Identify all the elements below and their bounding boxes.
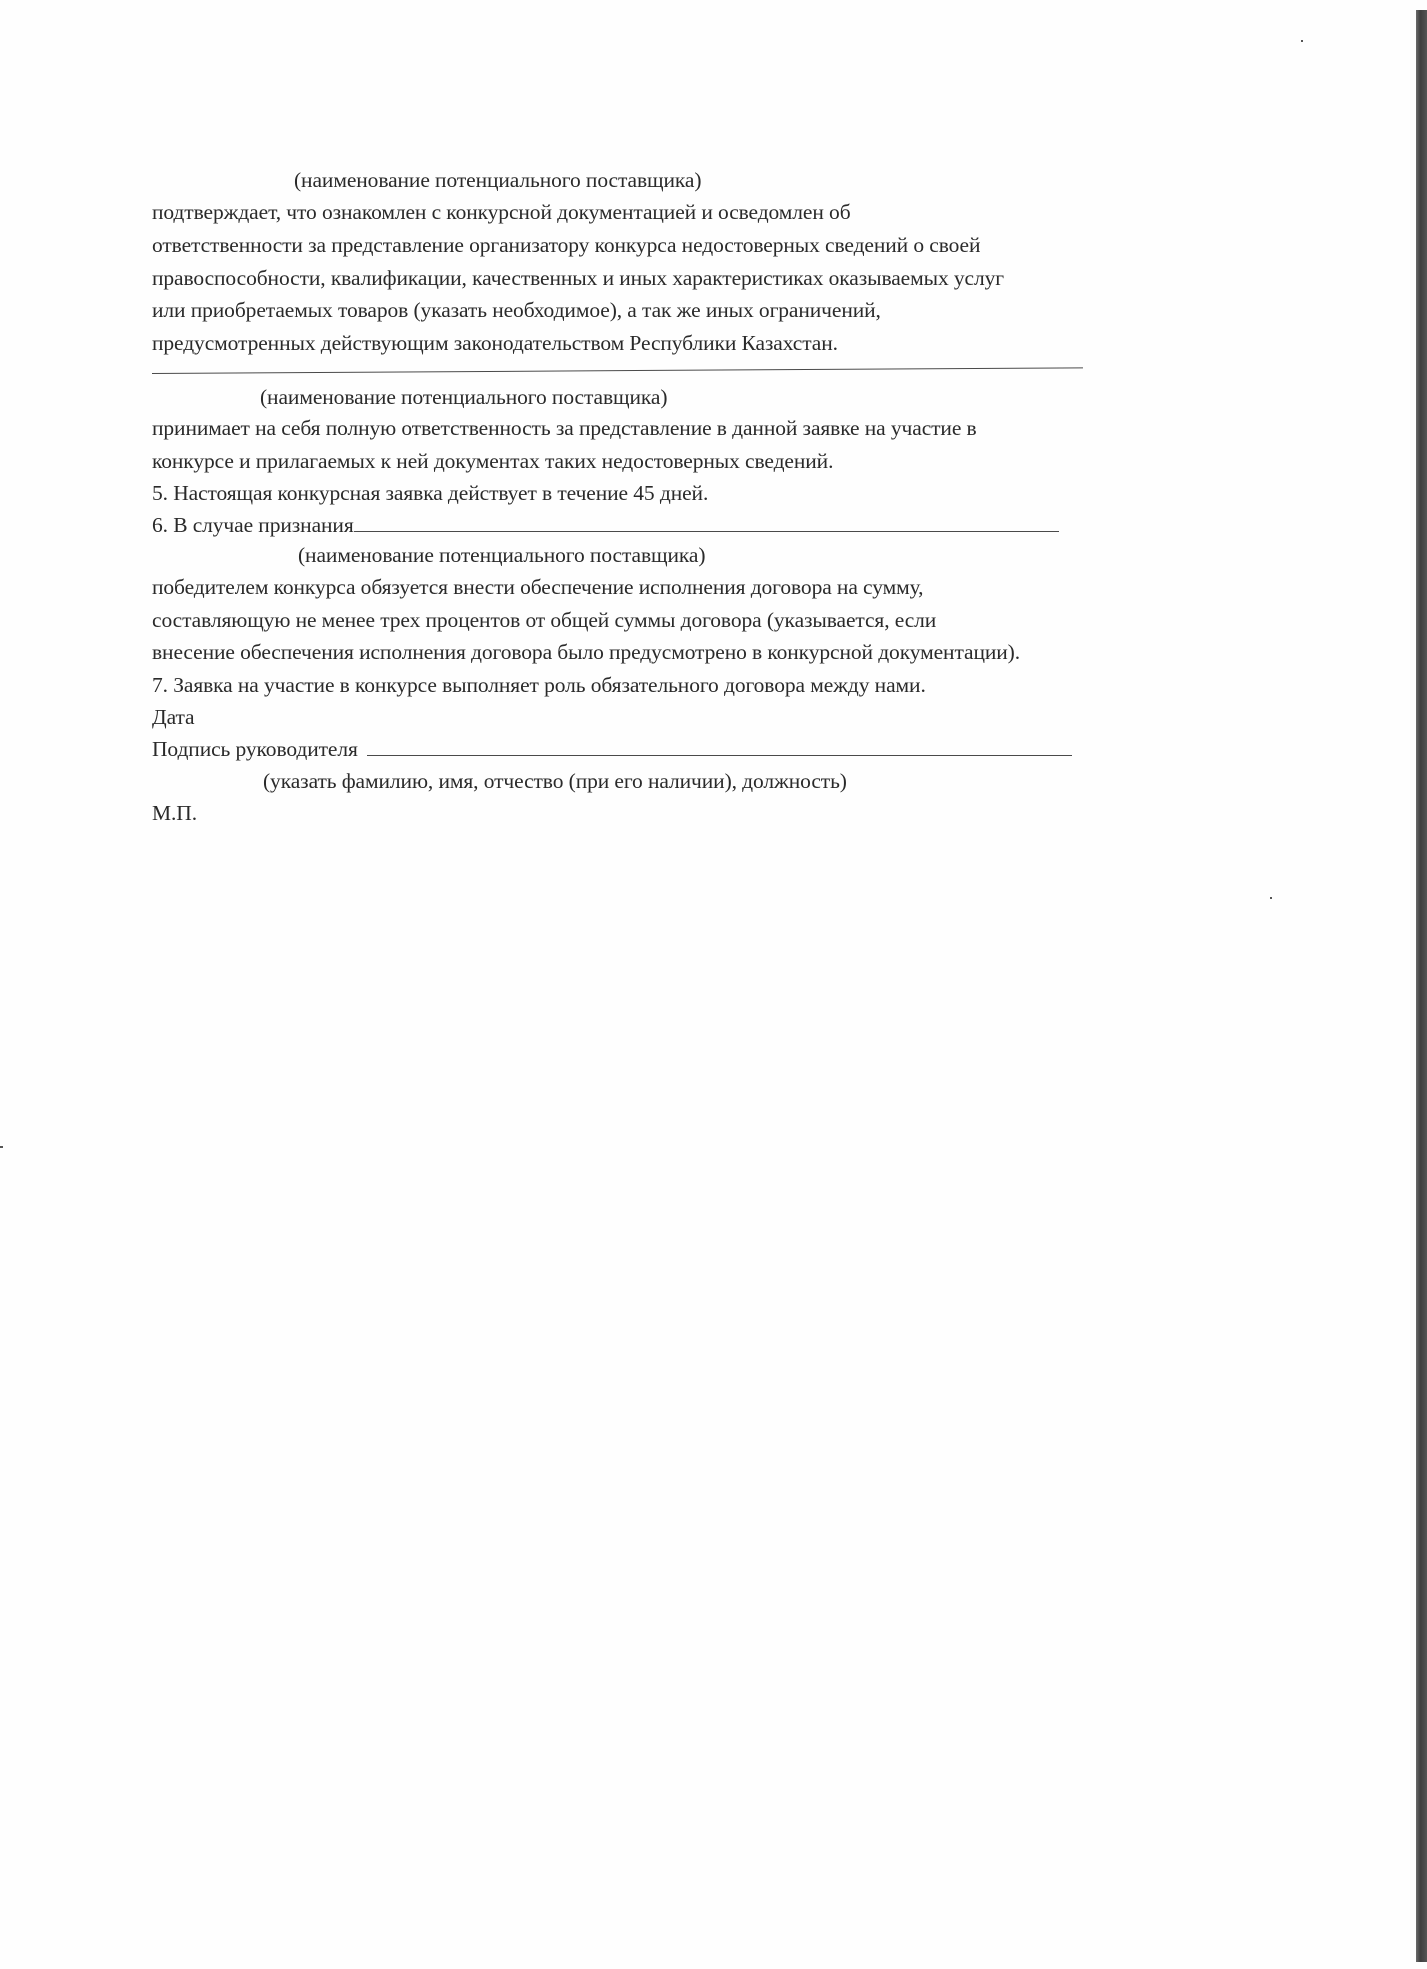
scanned-page: (наименование потенциального поставщика)… <box>0 0 1427 1969</box>
paragraph-line: правоспособности, квалификации, качестве… <box>152 268 1004 290</box>
item-7-binding: 7. Заявка на участие в конкурсе выполняе… <box>152 675 926 697</box>
supplier-name-caption: (наименование потенциального поставщика) <box>260 387 667 409</box>
paragraph-line: подтверждает, что ознакомлен с конкурсно… <box>152 202 851 224</box>
paragraph-line: предусмотренных действующим законодатель… <box>152 333 838 355</box>
scan-edge-shadow <box>1416 10 1427 1962</box>
paragraph-line: ответственности за представление организ… <box>152 235 980 257</box>
signature-line: Подпись руководителя <box>152 739 1072 761</box>
paragraph-line: или приобретаемых товаров (указать необх… <box>152 300 881 322</box>
paragraph-line: принимает на себя полную ответственность… <box>152 418 977 440</box>
paragraph-line: победителем конкурса обязуется внести об… <box>152 577 923 599</box>
item-5-validity: 5. Настоящая конкурсная заявка действует… <box>152 483 708 505</box>
item-6-label: 6. В случае признания <box>152 513 354 537</box>
signature-blank-line <box>367 754 1072 756</box>
supplier-name-caption: (наименование потенциального поставщика) <box>294 170 701 192</box>
stamp-label: М.П. <box>152 803 197 825</box>
scan-speck <box>1301 40 1303 42</box>
scan-speck <box>1270 897 1272 899</box>
paragraph-line: внесение обеспечения исполнения договора… <box>152 642 1020 664</box>
paragraph-line: конкурсе и прилагаемых к ней документах … <box>152 451 833 473</box>
supplier-name-caption: (наименование потенциального поставщика) <box>298 545 705 567</box>
signature-label: Подпись руководителя <box>152 737 358 761</box>
item-6-line: 6. В случае признания <box>152 515 1059 537</box>
signature-caption: (указать фамилию, имя, отчество (при его… <box>263 771 847 793</box>
scan-speck <box>0 1146 3 1148</box>
supplier-name-blank-line <box>152 367 1083 374</box>
supplier-name-blank-line <box>354 530 1059 532</box>
date-label: Дата <box>152 707 194 729</box>
paragraph-line: составляющую не менее трех процентов от … <box>152 610 936 632</box>
